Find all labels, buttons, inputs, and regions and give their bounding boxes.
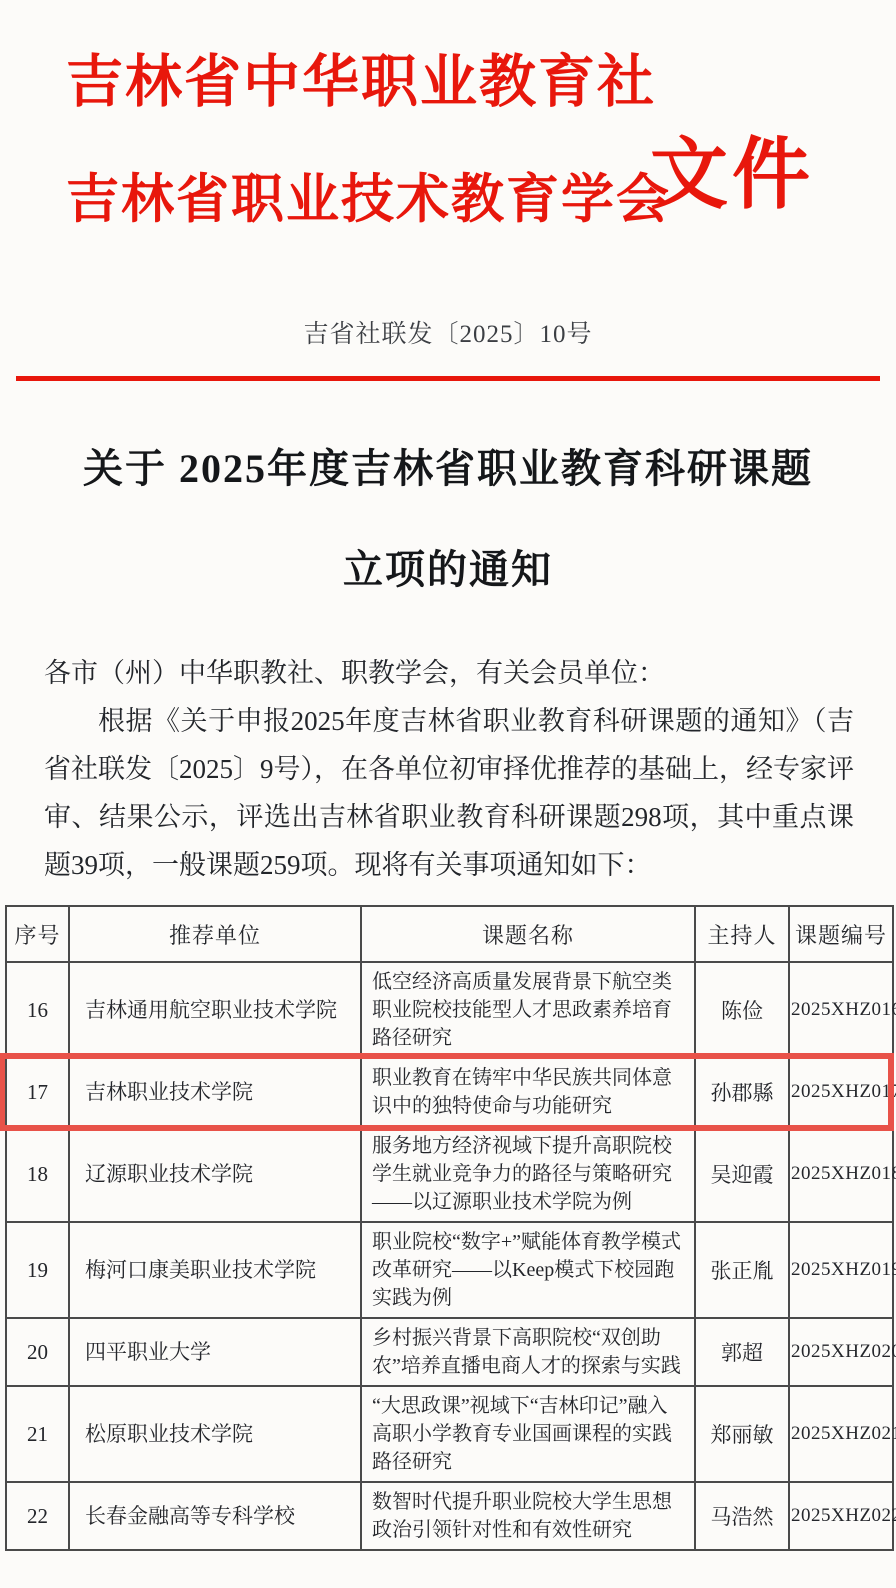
cell-serial-number: 18 (6, 1126, 69, 1222)
cell-project-title: “大思政课”视域下“吉林印记”融入高职小学教育专业国画课程的实践路径研究 (361, 1386, 695, 1482)
cell-project-leader: 郑丽敏 (695, 1386, 789, 1482)
cell-serial-number: 22 (6, 1482, 69, 1550)
table-row: 19 梅河口康美职业技术学院 职业院校“数字+”赋能体育教学模式改革研究——以K… (6, 1222, 893, 1318)
notice-title-line2: 立项的通知 (0, 538, 896, 595)
project-table: 序号 推荐单位 课题名称 主持人 课题编号 16 吉林通用航空职业技术学院 低空… (5, 905, 894, 1551)
doc-number: 吉省社联发〔2025〕10号 (0, 314, 896, 350)
cell-project-leader: 吴迎霞 (695, 1126, 789, 1222)
cell-serial-number: 20 (6, 1318, 69, 1386)
header-cell-leader: 主持人 (695, 906, 789, 962)
cell-project-code: 2025XHZ022 (789, 1482, 893, 1550)
header-cell-no: 序号 (6, 906, 69, 962)
cell-recommending-unit: 辽源职业技术学院 (69, 1126, 361, 1222)
doc-type-label: 文件 (650, 112, 814, 224)
cell-serial-number: 19 (6, 1222, 69, 1318)
cell-project-code: 2025XHZ017 (789, 1058, 893, 1126)
cell-project-leader: 马浩然 (695, 1482, 789, 1550)
red-divider (16, 376, 880, 381)
cell-project-code: 2025XHZ016 (789, 962, 893, 1058)
cell-project-leader: 张正胤 (695, 1222, 789, 1318)
table-row: 22 长春金融高等专科学校 数智时代提升职业院校大学生思想政治引领针对性和有效性… (6, 1482, 893, 1550)
cell-serial-number: 16 (6, 962, 69, 1058)
table-header-row: 序号 推荐单位 课题名称 主持人 课题编号 (6, 906, 893, 962)
table-row: 21 松原职业技术学院 “大思政课”视域下“吉林印记”融入高职小学教育专业国画课… (6, 1386, 893, 1482)
cell-project-title: 服务地方经济视域下提升高职院校学生就业竞争力的路径与策略研究——以辽源职业技术学… (361, 1126, 695, 1222)
header-cell-title: 课题名称 (361, 906, 695, 962)
cell-project-leader: 孙郡縣 (695, 1058, 789, 1126)
cell-project-code: 2025XHZ018 (789, 1126, 893, 1222)
letterhead: 吉林省中华职业教育社 吉林省职业技术教育学会 文件 (0, 0, 896, 230)
notice-body: 各市（州）中华职教社、职教学会，有关会员单位： 根据《关于申报2025年度吉林省… (44, 649, 854, 889)
table-row: 16 吉林通用航空职业技术学院 低空经济高质量发展背景下航空类职业院校技能型人才… (6, 962, 893, 1058)
table-row: 20 四平职业大学 乡村振兴背景下高职院校“双创助农”培养直播电商人才的探索与实… (6, 1318, 893, 1386)
table-row: 18 辽源职业技术学院 服务地方经济视域下提升高职院校学生就业竞争力的路径与策略… (6, 1126, 893, 1222)
cell-serial-number: 17 (6, 1058, 69, 1126)
cell-project-title: 职业教育在铸牢中华民族共同体意识中的独特使命与功能研究 (361, 1058, 695, 1126)
cell-project-leader: 陈俭 (695, 962, 789, 1058)
cell-serial-number: 21 (6, 1386, 69, 1482)
project-table-body: 16 吉林通用航空职业技术学院 低空经济高质量发展背景下航空类职业院校技能型人才… (6, 962, 893, 1550)
table-row: 17 吉林职业技术学院 职业教育在铸牢中华民族共同体意识中的独特使命与功能研究 … (6, 1058, 893, 1126)
document-page: 吉林省中华职业教育社 吉林省职业技术教育学会 文件 吉省社联发〔2025〕10号… (0, 0, 896, 1588)
cell-project-title: 乡村振兴背景下高职院校“双创助农”培养直播电商人才的探索与实践 (361, 1318, 695, 1386)
body-paragraph: 根据《关于申报2025年度吉林省职业教育科研课题的通知》（吉省社联发〔2025〕… (44, 697, 854, 889)
notice-title: 关于 2025年度吉林省职业教育科研课题 立项的通知 (0, 437, 896, 595)
cell-project-code: 2025XHZ019 (789, 1222, 893, 1318)
cell-recommending-unit: 四平职业大学 (69, 1318, 361, 1386)
org-name-line1: 吉林省中华职业教育社 (66, 50, 896, 116)
cell-project-title: 职业院校“数字+”赋能体育教学模式改革研究——以Keep模式下校园跑实践为例 (361, 1222, 695, 1318)
cell-recommending-unit: 吉林职业技术学院 (69, 1058, 361, 1126)
cell-project-code: 2025XHZ021 (789, 1386, 893, 1482)
cell-project-title: 数智时代提升职业院校大学生思想政治引领针对性和有效性研究 (361, 1482, 695, 1550)
cell-project-code: 2025XHZ020 (789, 1318, 893, 1386)
cell-recommending-unit: 梅河口康美职业技术学院 (69, 1222, 361, 1318)
cell-recommending-unit: 松原职业技术学院 (69, 1386, 361, 1482)
header-cell-code: 课题编号 (789, 906, 893, 962)
cell-recommending-unit: 长春金融高等专科学校 (69, 1482, 361, 1550)
cell-project-leader: 郭超 (695, 1318, 789, 1386)
header-cell-unit: 推荐单位 (69, 906, 361, 962)
notice-title-line1: 关于 2025年度吉林省职业教育科研课题 (83, 446, 813, 491)
salutation: 各市（州）中华职教社、职教学会，有关会员单位： (44, 649, 854, 697)
cell-recommending-unit: 吉林通用航空职业技术学院 (69, 962, 361, 1058)
cell-project-title: 低空经济高质量发展背景下航空类职业院校技能型人才思政素养培育路径研究 (361, 962, 695, 1058)
